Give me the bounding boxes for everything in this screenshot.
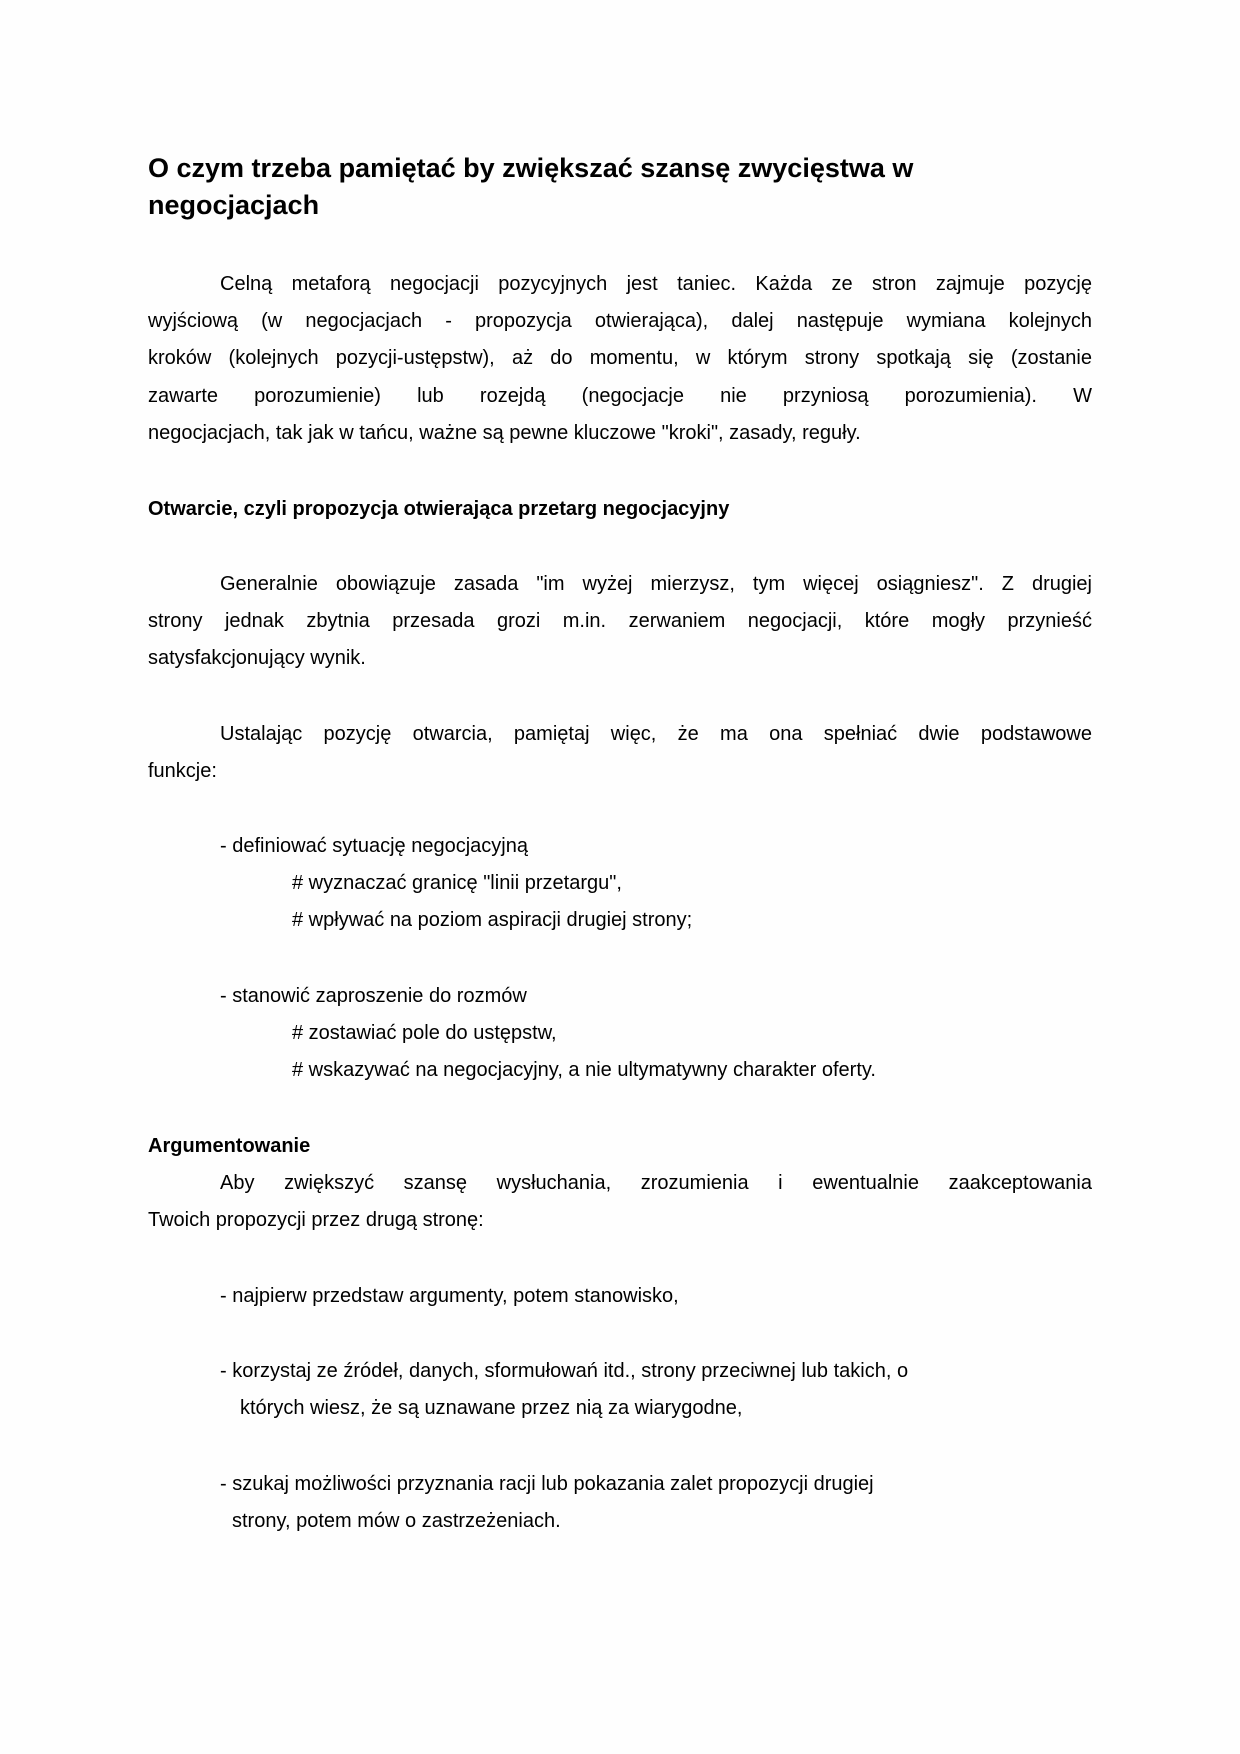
list-item: - najpierw przedstaw argumenty, potem st… xyxy=(220,1284,1164,1308)
paragraph-line: strony jednak zbytnia przesada grozi m.i… xyxy=(148,609,1092,633)
paragraph-line: Ustalając pozycję otwarcia, pamiętaj wię… xyxy=(220,722,1092,746)
intro-line: negocjacjach, tak jak w tańcu, ważne są … xyxy=(148,421,1092,445)
document-title: O czym trzeba pamiętać by zwiększać szan… xyxy=(148,150,1088,224)
section-heading-argumentowanie: Argumentowanie xyxy=(148,1134,1092,1158)
sub-list-item: # wskazywać na negocjacyjny, a nie ultym… xyxy=(292,1058,1236,1082)
title-line-1: O czym trzeba pamiętać by zwiększać szan… xyxy=(148,153,913,183)
list-item-continuation: strony, potem mów o zastrzeżeniach. xyxy=(232,1509,1176,1533)
list-item: - stanowić zaproszenie do rozmów xyxy=(220,984,1164,1008)
list-item: - szukaj możliwości przyznania racji lub… xyxy=(220,1472,1164,1496)
sub-list-item: # wyznaczać granicę "linii przetargu", xyxy=(292,871,1236,895)
intro-line: zawarte porozumienie) lub rozejdą (negoc… xyxy=(148,384,1092,408)
paragraph-line: satysfakcjonujący wynik. xyxy=(148,646,1092,670)
intro-line: wyjściową (w negocjacjach - propozycja o… xyxy=(148,309,1092,333)
list-item: - korzystaj ze źródeł, danych, sformułow… xyxy=(220,1359,1164,1383)
section-heading-otwarcie: Otwarcie, czyli propozycja otwierająca p… xyxy=(148,497,1092,521)
document-page: O czym trzeba pamiętać by zwiększać szan… xyxy=(0,0,1240,1754)
paragraph-line: Aby zwiększyć szansę wysłuchania, zrozum… xyxy=(220,1171,1092,1195)
paragraph-line: Generalnie obowiązuje zasada "im wyżej m… xyxy=(220,572,1092,596)
intro-line: kroków (kolejnych pozycji-ustępstw), aż … xyxy=(148,346,1092,370)
paragraph-line: Twoich propozycji przez drugą stronę: xyxy=(148,1208,1092,1232)
sub-list-item: # wpływać na poziom aspiracji drugiej st… xyxy=(292,908,1236,932)
sub-list-item: # zostawiać pole do ustępstw, xyxy=(292,1021,1236,1045)
list-item: - definiować sytuację negocjacyjną xyxy=(220,834,1164,858)
list-item-continuation: których wiesz, że są uznawane przez nią … xyxy=(240,1396,1184,1420)
intro-line: Celną metaforą negocjacji pozycyjnych je… xyxy=(220,272,1092,296)
title-line-2: negocjacjach xyxy=(148,190,319,220)
paragraph-line: funkcje: xyxy=(148,759,1092,783)
